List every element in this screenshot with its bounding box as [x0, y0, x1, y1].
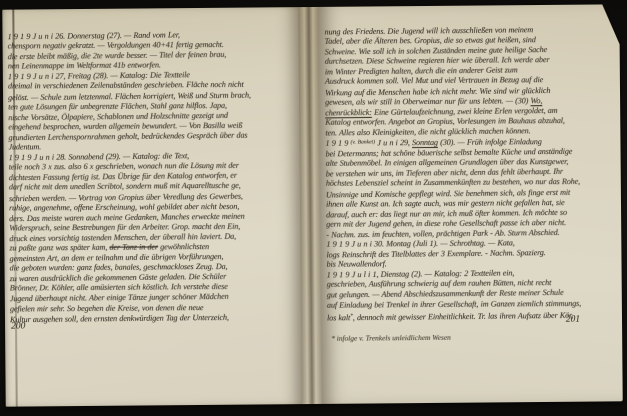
handwriting-u-segment: Wo,: [530, 96, 542, 105]
handwriting-sm-segment: (v. Banket): [350, 139, 375, 145]
right-page: nung des Friedens. Die Jugend will ich a…: [318, 4, 622, 404]
page-number-left: 200: [11, 322, 25, 332]
page-edge-stack: [620, 40, 626, 399]
left-page: 1 9 1 9 J u n i 26. Donnerstag (27). — R…: [2, 7, 301, 407]
open-diary-book: 1 9 1 9 J u n i 26. Donnerstag (27). — R…: [2, 4, 622, 406]
page-number-right: 201: [566, 315, 580, 325]
diary-scan-photo: 1 9 1 9 J u n i 26. Donnerstag (27). — R…: [0, 0, 627, 416]
handwriting-u-segment: Sonntag: [412, 138, 438, 147]
right-page-text: nung des Friedens. Die Jugend will ich a…: [318, 4, 622, 322]
left-page-text: 1 9 1 9 J u n i 26. Donnerstag (27). — R…: [2, 7, 301, 324]
book-gutter: [298, 7, 321, 404]
handwriting-u-segment: chenrückblick:: [325, 108, 372, 118]
handwriting-s-segment: der Tanz in der: [109, 242, 158, 251]
footnote: * infolge v. Trenkels unleidlichem Wesen: [331, 333, 451, 343]
